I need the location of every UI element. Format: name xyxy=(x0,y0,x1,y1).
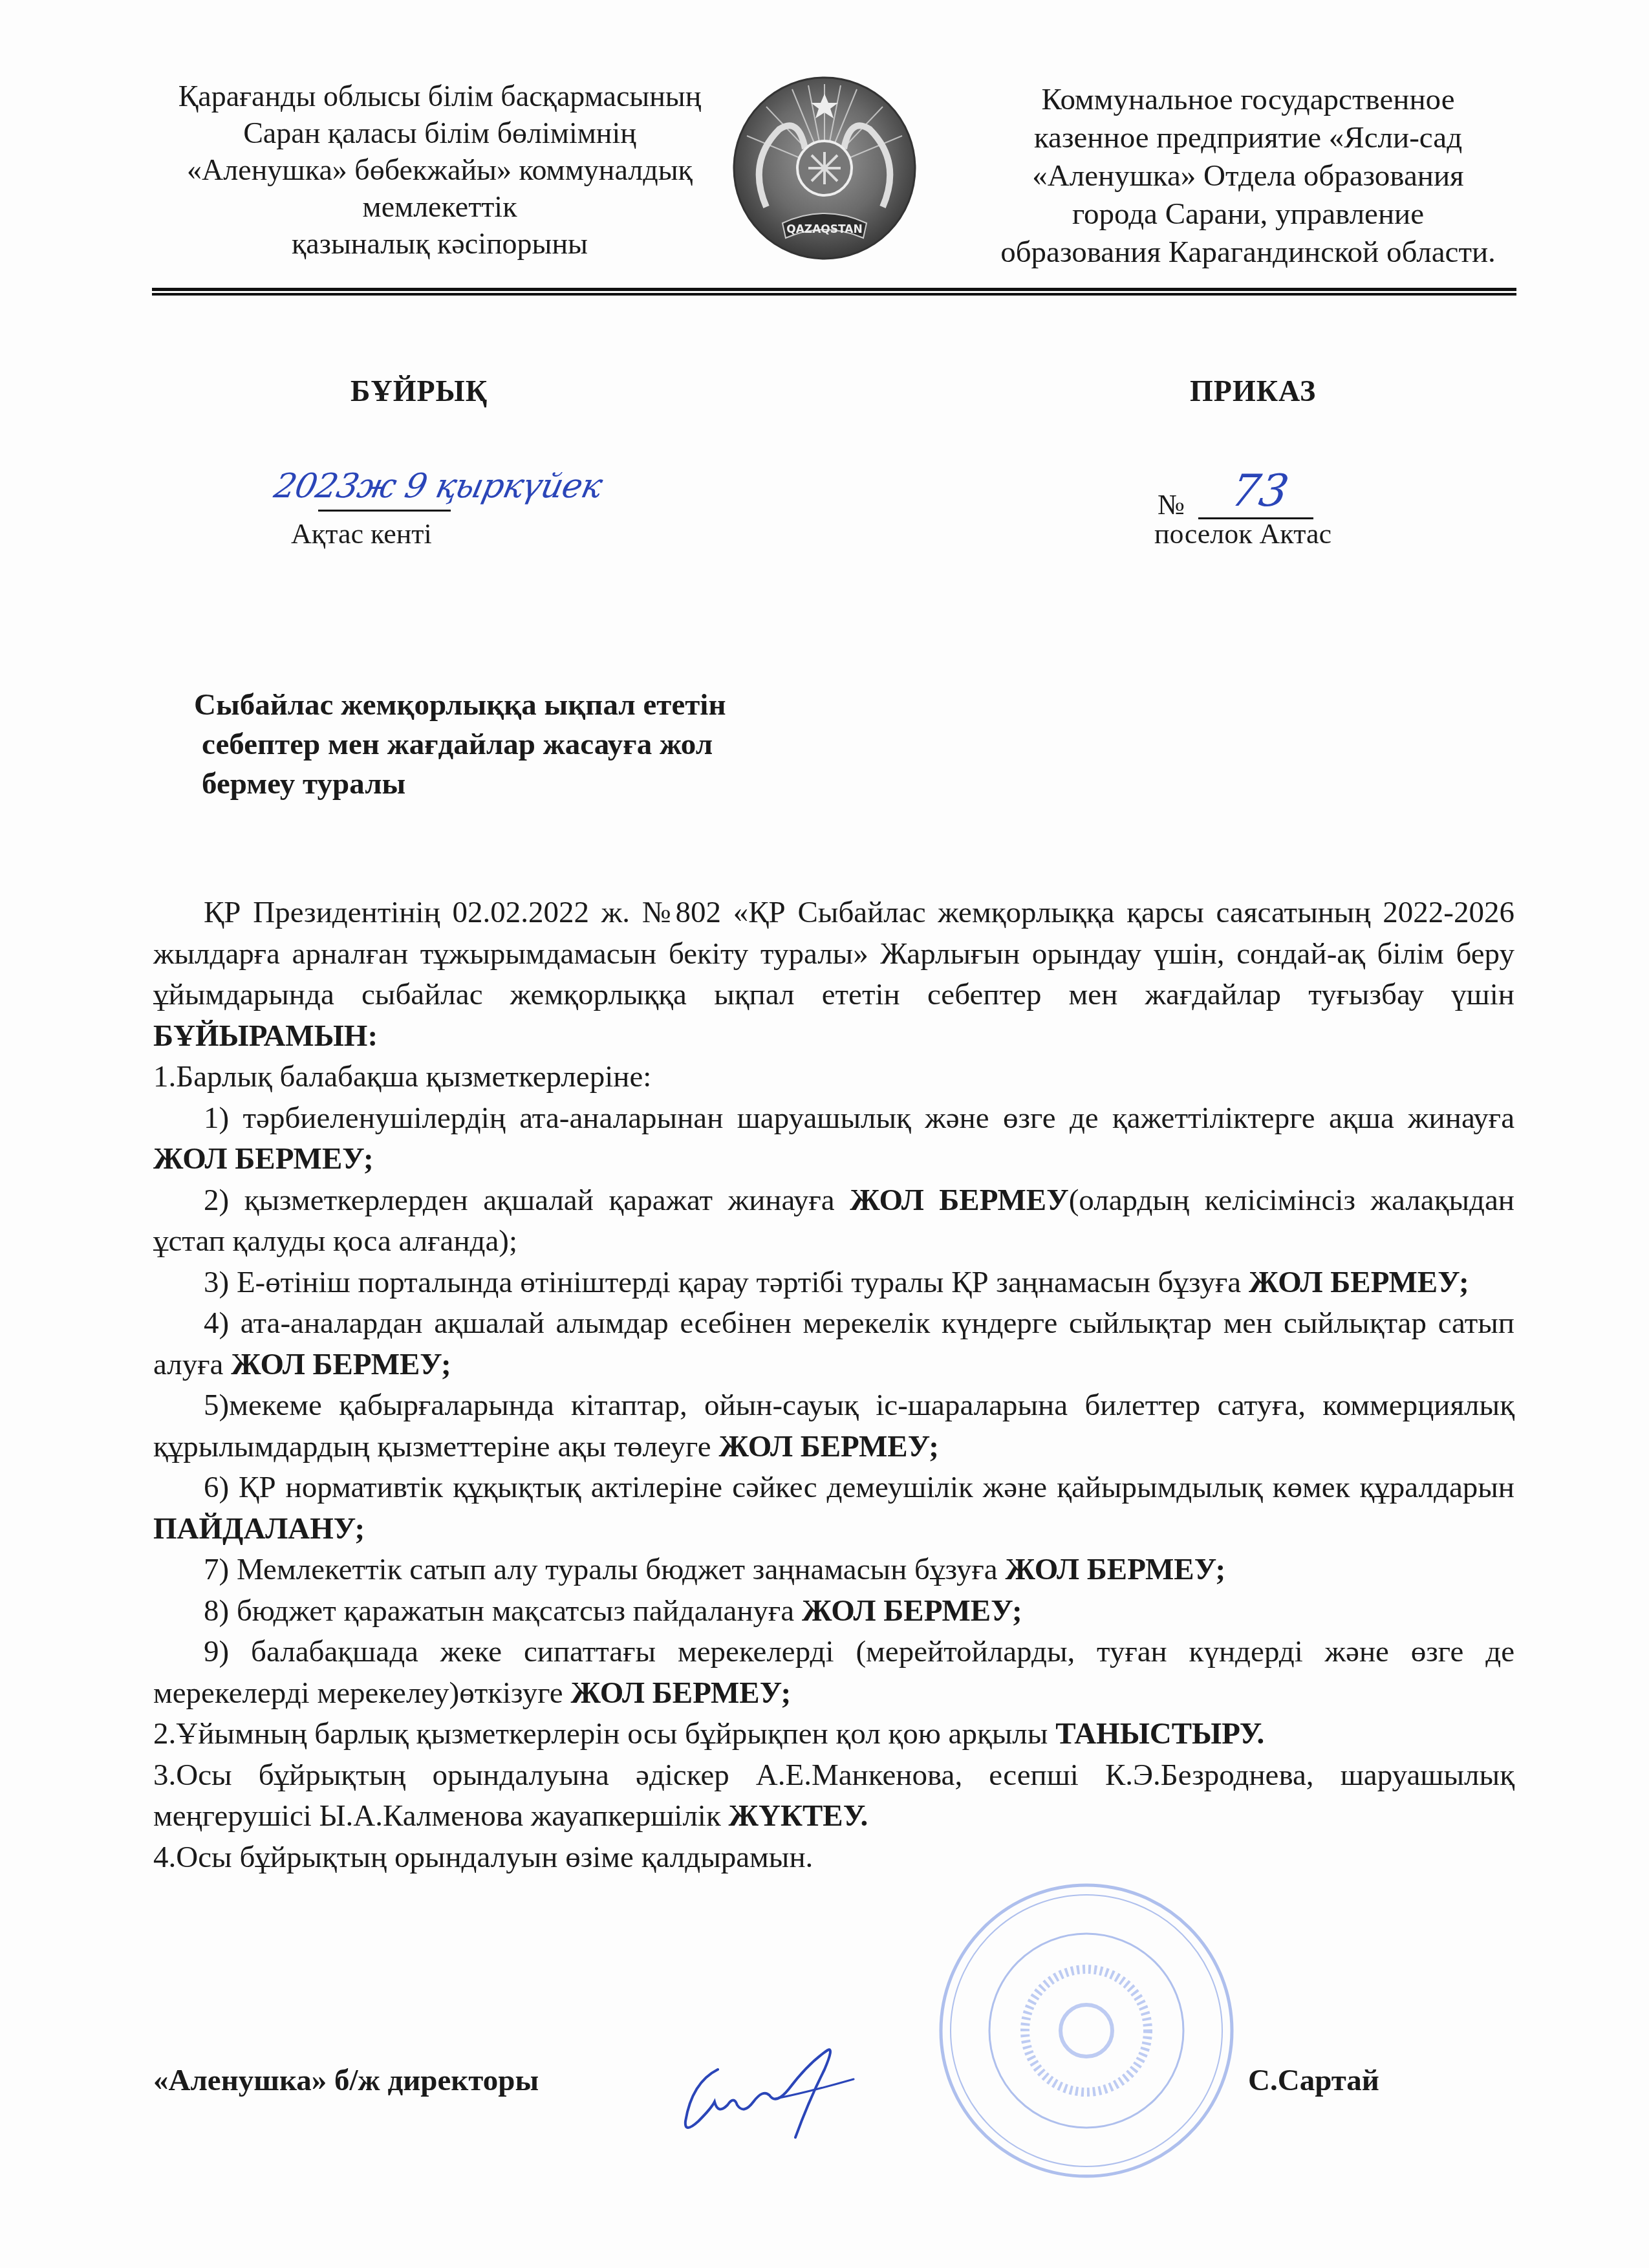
item-3: 3.Осы бұйрықтың орындалуына әдіскер А.Е.… xyxy=(153,1755,1514,1837)
official-stamp-icon xyxy=(934,1879,1238,2183)
number-label: № xyxy=(1158,488,1185,521)
place-kz: Ақтас кенті xyxy=(291,517,432,550)
doc-type-kz: БҰЙРЫҚ xyxy=(350,374,488,408)
header-kz-line: Саран қаласы білім бөлімімнің xyxy=(162,114,718,151)
header-kz-line: мемлекеттік xyxy=(162,188,718,225)
order-title: Сыбайлас жемқорлыққа ықпал ететін себепт… xyxy=(194,686,905,804)
handwritten-number: 73 xyxy=(1227,466,1292,517)
subitem-5: 5)мекеме қабырғаларында кітаптар, ойын-с… xyxy=(153,1385,1514,1467)
subitem-4: 4) ата-аналардан ақшалай алымдар есебіне… xyxy=(153,1303,1514,1385)
subitem-8: 8) бюджет қаражатын мақсатсыз пайдалануғ… xyxy=(153,1591,1514,1632)
header-ru-line: Коммунальное государственное xyxy=(957,81,1539,119)
title-line: себептер мен жағдайлар жасауға жол xyxy=(194,725,905,764)
subitem-3: 3) Е-өтініш порталында өтініштерді қарау… xyxy=(153,1262,1514,1304)
svg-text:QAZAQSTAN: QAZAQSTAN xyxy=(786,223,862,236)
state-emblem-icon: QAZAQSTAN xyxy=(721,71,928,265)
item-1: 1.Барлық балабақша қызметкерлеріне: xyxy=(153,1057,1514,1098)
header-ru-line: образования Карагандинской области. xyxy=(957,233,1539,272)
header-divider xyxy=(152,293,1516,296)
subitem-1: 1) тәрбиеленушілердің ата-аналарынан шар… xyxy=(153,1098,1514,1180)
title-line: бермеу туралы xyxy=(194,764,905,804)
order-body: ҚР Президентінің 02.02.2022 ж. №802 «ҚР … xyxy=(153,892,1514,1878)
header-kz-line: «Аленушка» бөбекжайы» коммуналдық xyxy=(162,151,718,188)
header-ru-line: казенное предприятие «Ясли-сад xyxy=(957,119,1539,157)
header-org-kz: Қарағанды облысы білім басқармасының Сар… xyxy=(162,78,718,262)
title-line: Сыбайлас жемқорлыққа ықпал ететін xyxy=(194,686,905,725)
preamble: ҚР Президентінің 02.02.2022 ж. №802 «ҚР … xyxy=(153,892,1514,1057)
item-4: 4.Осы бұйрықтың орындалуын өзіме қалдыра… xyxy=(153,1837,1514,1879)
place-ru: поселок Актас xyxy=(1154,517,1331,550)
item-2: 2.Ұйымның барлық қызметкерлерін осы бұйр… xyxy=(153,1714,1514,1755)
header-org-ru: Коммунальное государственное казенное пр… xyxy=(957,81,1539,272)
date-underline xyxy=(318,510,451,512)
handwritten-date: 2023ж 9 қыркүйек xyxy=(271,467,605,506)
doc-type-ru: ПРИКАЗ xyxy=(1190,374,1316,408)
subitem-9: 9) балабақшада жеке сипаттағы мерекелерд… xyxy=(153,1632,1514,1714)
subitem-6: 6) ҚР нормативтік құқықтық актілеріне сә… xyxy=(153,1467,1514,1550)
header-kz-line: Қарағанды облысы білім басқармасының xyxy=(162,78,718,114)
header-ru-line: города Сарани, управление xyxy=(957,195,1539,233)
header-ru-line: «Аленушка» Отдела образования xyxy=(957,157,1539,195)
signatory-name: С.Сартай xyxy=(1248,2063,1379,2098)
header-kz-line: қазыналық кәсіпорыны xyxy=(162,225,718,262)
signatory-role: «Аленушка» б/ж директоры xyxy=(153,2063,539,2098)
director-signature-icon xyxy=(679,2044,886,2141)
header-divider xyxy=(152,288,1516,291)
subitem-2: 2) қызметкерлерден ақшалай қаражат жинау… xyxy=(153,1180,1514,1262)
subitem-7: 7) Мемлекеттік сатып алу туралы бюджет з… xyxy=(153,1550,1514,1591)
